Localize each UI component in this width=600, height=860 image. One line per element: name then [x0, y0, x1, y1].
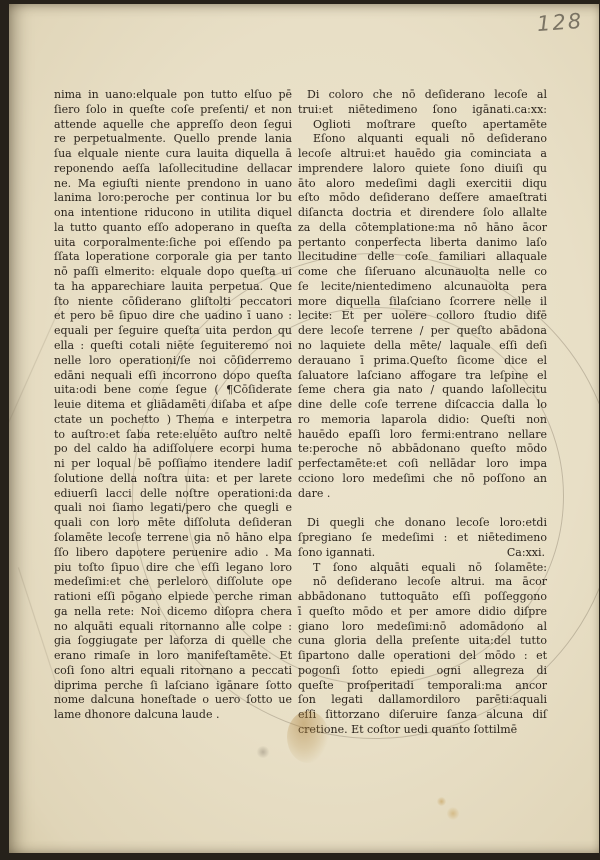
text-line: to auſtro:et ſaba rete:eluēto auſtro nel…	[54, 428, 292, 443]
text-line: imprendere laloro quiete ſono diuiſi qu	[298, 162, 547, 177]
text-line: lecite: Et per uolere colloro ſtudio dif…	[298, 309, 547, 324]
text-line: erano rimaſe in loro manifeſtamēte. Et	[54, 649, 292, 664]
text-line: ſe lecite/nientedimeno alcunauolta pera	[298, 280, 547, 295]
text-line: eſſi ſittorzano diſeruire ſanza alcuna d…	[298, 708, 547, 723]
text-line: ſolutione della noſtra uita: et per lare…	[54, 472, 292, 487]
text-line: ſeme chera gia nato / quando laſollecitu	[298, 383, 547, 398]
text-line: ſolamēte lecoſe terrene gia nō hāno elpa	[54, 531, 292, 546]
text-line: diprima perche ſi laſciano igānare ſotto	[54, 679, 292, 694]
text-line: nō paſſi elmerito: elquale dopo queſta u…	[54, 265, 292, 280]
text-line: Oglioti moſtrare queſto apertamēte	[298, 118, 547, 133]
text-line: po del caldo ha adiſſoluere ecorpi huma	[54, 442, 292, 457]
text-line: nelle loro operationi/ſe noi cōſiderremo	[54, 354, 292, 369]
text-line: āto aloro medeſimi dagli exercitii diqu	[298, 177, 547, 192]
text-line: dine delle coſe terrene diſcaccia dalla …	[298, 398, 547, 413]
text-line: lame dhonore dalcuna laude .	[54, 708, 292, 723]
text-line: ſpregiano ſe medeſimi : et niētedimeno	[298, 531, 547, 546]
book-page: 128 nima in uano:elquale pon tutto elſuo…	[9, 4, 599, 853]
text-line: cuna gloria della preſente uita:del tutt…	[298, 634, 547, 649]
text-line: lecoſe altrui:et hauēdo gia cominciata a	[298, 147, 547, 162]
text-line: Di quegli che donano lecoſe loro:etdi	[298, 516, 547, 531]
text-line: lanima loro:peroche per continua lor bu	[54, 191, 292, 206]
text-line: hauēdo epaſſi loro fermi:entrano nellare	[298, 428, 547, 443]
text-line: pogonſi ſotto epiedi ogni allegreza di	[298, 664, 547, 679]
text-line: nima in uano:elquale pon tutto elſuo pē	[54, 88, 292, 103]
text-line: eſto mōdo deſiderano deſſere amaeſtrati	[298, 191, 547, 206]
text-line: equali per ſeguire queſta uita perdon qu	[54, 324, 292, 339]
text-line: pertanto conperfecta liberta danimo laſo	[298, 236, 547, 251]
pencil-smudge	[256, 746, 270, 758]
text-line: ne. Ma egiuſti niente prendono in uano	[54, 177, 292, 192]
text-line: rationi eſſi pōgano elpiede perche riman	[54, 590, 292, 605]
text-line: no laquiete della mēte/ laquale eſſi deſ…	[298, 339, 547, 354]
text-line: perfectamēte:et coſi nellādar loro impa	[298, 457, 547, 472]
text-line: re perpetualmente. Quello prende lania	[54, 132, 292, 147]
text-line: llecitudine delle coſe familiari allaqua…	[298, 250, 547, 265]
text-line: ſſo libero dapotere peruenire adio . Ma	[54, 546, 292, 561]
text-line: ta ha apparechiare lauita perpetua. Que	[54, 280, 292, 295]
chapter-heading-text: ſono igannati.	[298, 546, 375, 561]
ink-stain	[287, 711, 329, 763]
text-line: dere lecoſe terrene / per queſto abādona	[298, 324, 547, 339]
text-line: nome dalcuna honeſtade o uero ſotto ue	[54, 693, 292, 708]
text-line: ſua elquale niente cura lauita diquella …	[54, 147, 292, 162]
text-line: ella : queſti cotali niēte ſeguiteremo n…	[54, 339, 292, 354]
text-line: medeſimi:et che perleloro diſſolute ope	[54, 575, 292, 590]
text-line: ſaluatore laſciano affogare tra leſpine …	[298, 369, 547, 384]
text-line: derauano ī prima.Queſto ſicome dice el	[298, 354, 547, 369]
text-line: ſto niente cōſiderano gliſtolti peccator…	[54, 295, 292, 310]
text-line: ſon legati dallamordiloro parēti:aquali	[298, 693, 547, 708]
text-line: ſiero ſolo in queſte coſe preſenti/ et n…	[54, 103, 292, 118]
text-line: ro memoria laparola didio: Queſti non	[298, 413, 547, 428]
text-line: za della cōtemplatione:ma nō hāno ācor	[298, 221, 547, 236]
text-line: no alquāti equali ritornanno alle colpe …	[54, 620, 292, 635]
text-line: quali noi ſiamo legati/pero che quegli e	[54, 501, 292, 516]
text-line: Eſono alquanti equali nō deſiderano	[298, 132, 547, 147]
text-line: T ſono alquāti equali nō ſolamēte:	[298, 561, 547, 576]
text-line: ctate un pochetto ) Thema e interpetra	[54, 413, 292, 428]
text-line: te:peroche nō abbādonano queſto mōdo	[298, 442, 547, 457]
text-line: ſſata loperatione corporale gia per tant…	[54, 250, 292, 265]
text-line: leuie ditema et gliādamēti diſaba et aſp…	[54, 398, 292, 413]
text-line: piu toſto ſipuo dire che eſſi legano lor…	[54, 561, 292, 576]
text-line: ſipartono dalle operationi del mōdo : et	[298, 649, 547, 664]
scanned-book-photo: { "colors": { "paper": "#e9e0c6", "ink":…	[0, 0, 600, 860]
ink-stain	[437, 797, 446, 806]
text-line: la tutto quanto eſſo adoperano in queſta	[54, 221, 292, 236]
text-line: ona intentione riducono in utilita dique…	[54, 206, 292, 221]
text-line: Di coloro che nō deſiderano lecoſe al	[298, 88, 547, 103]
text-column-left: nima in uano:elquale pon tutto elſuo pēſ…	[54, 88, 292, 723]
ink-stain	[447, 807, 459, 820]
text-line: queſte proſperitadi temporali:ma ancor	[298, 679, 547, 694]
text-line: quali con loro mēte diſſoluta deſideran	[54, 516, 292, 531]
handwritten-folio-number: 128	[536, 8, 598, 36]
text-line: abbādonano tuttoquāto eſſi poſſeggono	[298, 590, 547, 605]
text-line: cretione. Et coſtor uedi quanto ſottilmē	[298, 723, 547, 738]
text-line: diſancta doctria et direndere ſolo allal…	[298, 206, 547, 221]
text-line: edāni nequali eſſi incorrono dopo queſta	[54, 369, 292, 384]
text-line: reponendo aeſſa laſollecitudine dellacar	[54, 162, 292, 177]
chapter-number: Ca:xxi.	[507, 546, 545, 561]
text-line: trui:et niētedimeno ſono igānati.ca:xx:	[298, 103, 547, 118]
text-line: cciono loro medeſimi che nō poſſono an	[298, 472, 547, 487]
text-line: uita corporalmente:ſiche poi eſſendo pa	[54, 236, 292, 251]
text-line: et pero bē ſipuo dire che uadino ī uano …	[54, 309, 292, 324]
text-line: come che ſiſeruano alcunauolta nelle co	[298, 265, 547, 280]
text-line: coſi ſono altri equali ritornano a pecca…	[54, 664, 292, 679]
text-line: ſono igannati.Ca:xxi.	[298, 546, 547, 561]
text-line: uita:odi bene come ſegue ( ¶Cōſiderate	[54, 383, 292, 398]
text-line: attende aquelle che appreſſo deon ſegui	[54, 118, 292, 133]
text-line: gia ſoggiugate per laforza di quelle che	[54, 634, 292, 649]
text-line: ī queſto mōdo et per amore didio diſpre	[298, 605, 547, 620]
text-line: ga nella rete: Noi dicemo diſopra chera	[54, 605, 292, 620]
text-line: ni per loqual bē poſſiamo itendere ladiſ	[54, 457, 292, 472]
text-line	[298, 501, 547, 516]
text-line: dare .	[298, 487, 547, 502]
text-column-right: Di coloro che nō deſiderano lecoſe altru…	[298, 88, 547, 738]
text-line: giano loro medeſimi:nō adomādono al	[298, 620, 547, 635]
text-line: nō deſiderano lecoſe altrui. ma ācor	[298, 575, 547, 590]
text-line: ediuerſi lacci delle noſtre operationi:d…	[54, 487, 292, 502]
text-line: more diquella ſilaſciano ſcorrere nelle …	[298, 295, 547, 310]
